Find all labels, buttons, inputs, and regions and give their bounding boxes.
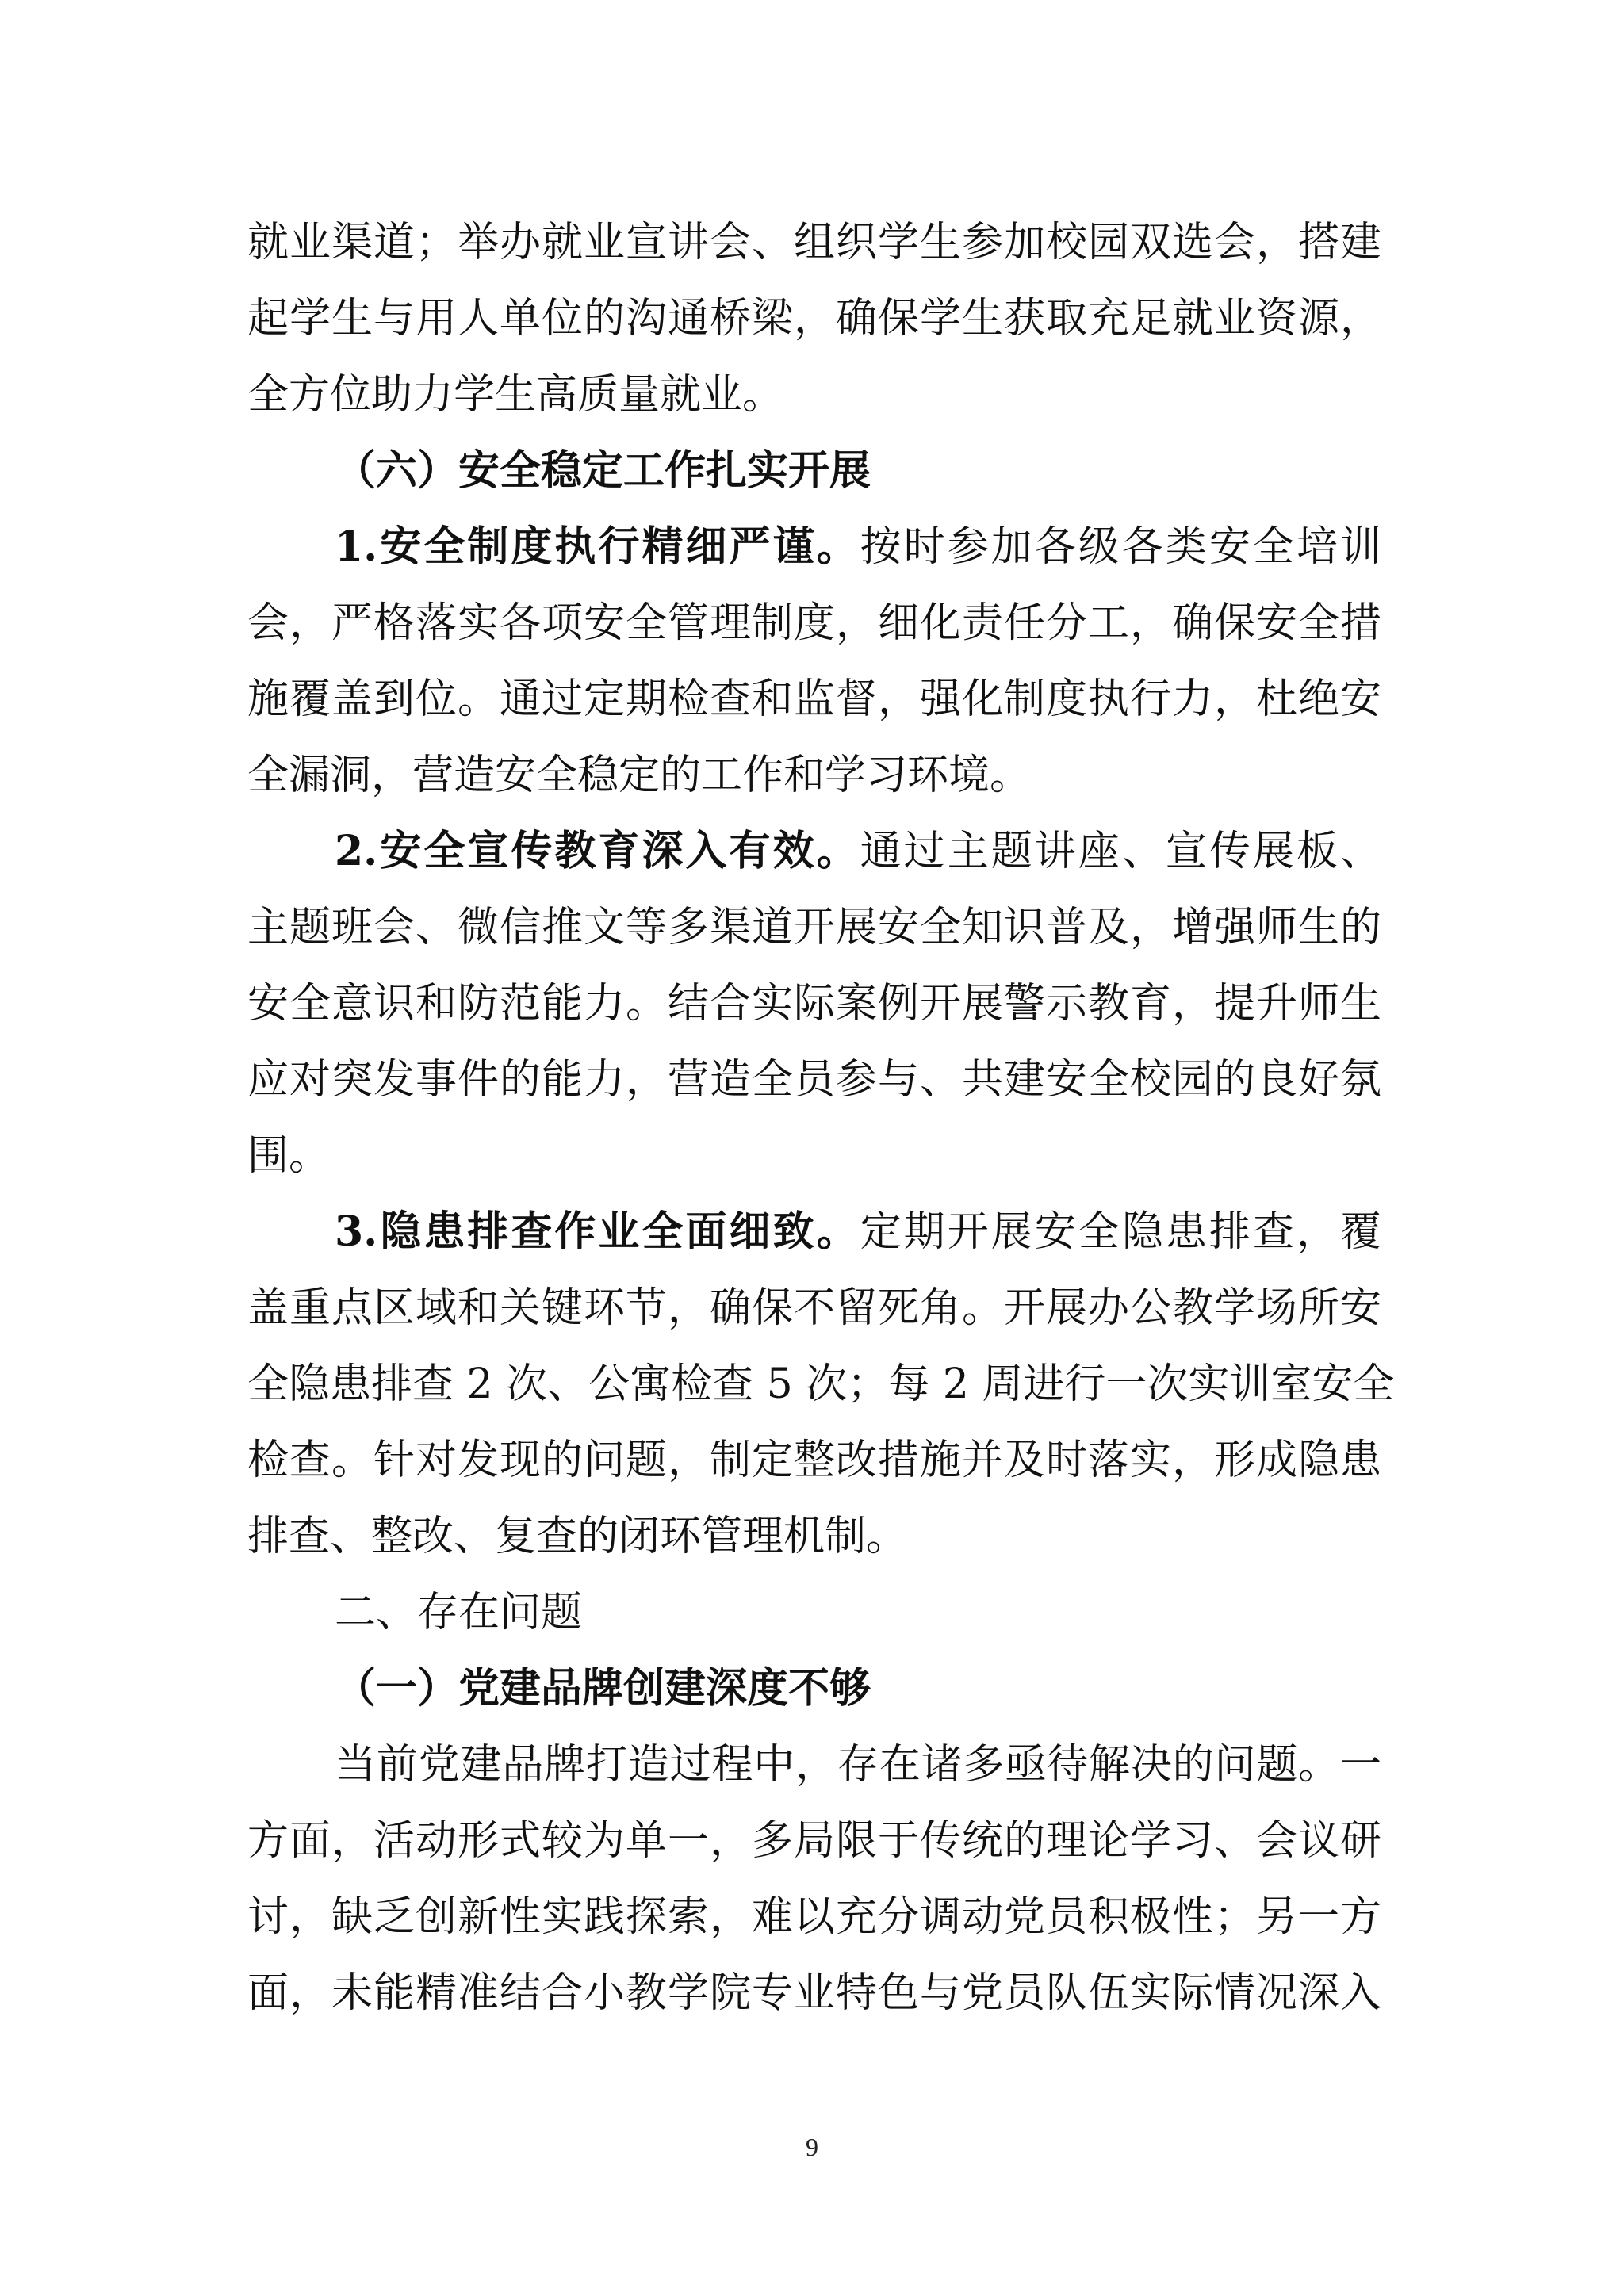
- subheading-safety-education: 2.安全宣传教育深入有效。: [335, 827, 860, 875]
- paragraph-line: 起学生与用人单位的沟通桥梁，确保学生获取充足就业资源，: [247, 281, 1381, 357]
- page-number: 9: [0, 2131, 1624, 2163]
- paragraph-line: 检查。针对发现的问题，制定整改措施并及时落实，形成隐患: [247, 1422, 1381, 1498]
- paragraph-line: 讨，缺乏创新性实践探索，难以充分调动党员积极性；另一方: [247, 1879, 1381, 1955]
- paragraph-line: 安全意识和防范能力。结合实际案例开展警示教育，提升师生: [247, 966, 1381, 1042]
- paragraph-line: 当前党建品牌打造过程中，存在诸多亟待解决的问题。一: [247, 1727, 1381, 1803]
- document-body: 就业渠道；举办就业宣讲会、组织学生参加校园双选会，搭建 起学生与用人单位的沟通桥…: [247, 205, 1381, 2031]
- paragraph-line: 会，严格落实各项安全管理制度，细化责任分工，确保安全措: [247, 585, 1381, 661]
- paragraph-text: 定期开展安全隐患排查，覆: [860, 1208, 1381, 1256]
- section-heading-problems: 二、存在问题: [247, 1575, 1381, 1651]
- paragraph-line: 1.安全制度执行精细严谨。按时参加各级各类安全培训: [247, 509, 1381, 585]
- subsection-heading-party-brand: （一）党建品牌创建深度不够: [247, 1651, 1381, 1727]
- paragraph-line: 方面，活动形式较为单一，多局限于传统的理论学习、会议研: [247, 1803, 1381, 1879]
- paragraph-line: 施覆盖到位。通过定期检查和监督，强化制度执行力，杜绝安: [247, 661, 1381, 737]
- section-heading-safety: （六）安全稳定工作扎实开展: [247, 433, 1381, 509]
- paragraph-line: 盖重点区域和关键环节，确保不留死角。开展办公教学场所安: [247, 1270, 1381, 1346]
- paragraph-line: 围。: [247, 1118, 1381, 1194]
- subheading-hazard-inspection: 3.隐患排查作业全面细致。: [335, 1207, 860, 1256]
- subheading-safety-system: 1.安全制度执行精细严谨。: [335, 522, 860, 571]
- paragraph-text: 通过主题讲座、宣传展板、: [860, 828, 1381, 875]
- paragraph-line: 主题班会、微信推文等多渠道开展安全知识普及，增强师生的: [247, 890, 1381, 966]
- paragraph-text: 按时参加各级各类安全培训: [860, 523, 1381, 571]
- paragraph-line: 应对突发事件的能力，营造全员参与、共建安全校园的良好氛: [247, 1042, 1381, 1118]
- paragraph-line: 3.隐患排查作业全面细致。定期开展安全隐患排查，覆: [247, 1194, 1381, 1270]
- paragraph-line: 2.安全宣传教育深入有效。通过主题讲座、宣传展板、: [247, 813, 1381, 890]
- paragraph-line: 全隐患排查 2 次、公寓检查 5 次；每 2 周进行一次实训室安全: [247, 1346, 1381, 1422]
- paragraph-line: 全漏洞，营造安全稳定的工作和学习环境。: [247, 737, 1381, 813]
- paragraph-line: 就业渠道；举办就业宣讲会、组织学生参加校园双选会，搭建: [247, 205, 1381, 281]
- paragraph-line: 全方位助力学生高质量就业。: [247, 357, 1381, 433]
- document-page: 就业渠道；举办就业宣讲会、组织学生参加校园双选会，搭建 起学生与用人单位的沟通桥…: [0, 0, 1624, 2296]
- paragraph-line: 排查、整改、复查的闭环管理机制。: [247, 1498, 1381, 1575]
- paragraph-line: 面，未能精准结合小教学院专业特色与党员队伍实际情况深入: [247, 1955, 1381, 2031]
